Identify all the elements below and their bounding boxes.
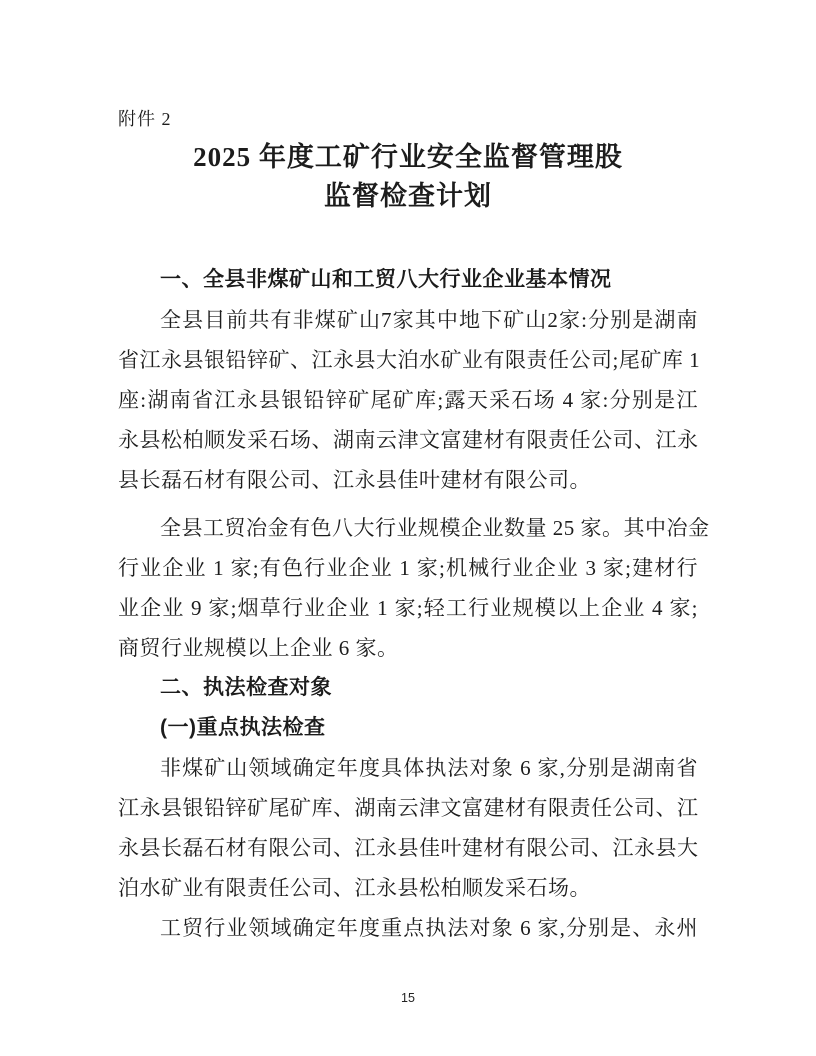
text-line: 行业企业 1 家;有色行业企业 1 家;机械行业企业 3 家;建材行 (118, 548, 698, 588)
document-page: 附件 2 2025 年度工矿行业安全监督管理股 监督检查计划 一、全县非煤矿山和… (0, 0, 816, 1056)
text-line: 县长磊石材有限公司、江永县佳叶建材有限公司。 (118, 460, 698, 500)
section-1-heading: 一、全县非煤矿山和工贸八大行业企业基本情况 (118, 260, 698, 300)
text-line: 永县松柏顺发采石场、湖南云津文富建材有限责任公司、江永 (118, 420, 698, 460)
attachment-label: 附件 2 (118, 106, 698, 132)
text-line: 非煤矿山领域确定年度具体执法对象 6 家,分别是湖南省 (118, 748, 698, 788)
section-2-heading: 二、执法检查对象 (118, 668, 698, 708)
text-line: 永县长磊石材有限公司、江永县佳叶建材有限公司、江永县大 (118, 828, 698, 868)
text-line: 座:湖南省江永县银铅锌矿尾矿库;露天采石场 4 家:分别是江 (118, 380, 698, 420)
text-line: 工贸行业领域确定年度重点执法对象 6 家,分别是、永州 (118, 908, 698, 948)
text-line: 全县目前共有非煤矿山7家其中地下矿山2家:分别是湖南 (118, 300, 698, 340)
text-line: 全县工贸冶金有色八大行业规模企业数量 25 家。其中冶金 (118, 508, 698, 548)
section-1-paragraph-2: 全县工贸冶金有色八大行业规模企业数量 25 家。其中冶金 行业企业 1 家;有色… (118, 508, 698, 668)
text-line: 商贸行业规模以上企业 6 家。 (118, 628, 698, 668)
text-line: 泊水矿业有限责任公司、江永县松柏顺发采石场。 (118, 868, 698, 908)
page-content: 附件 2 2025 年度工矿行业安全监督管理股 监督检查计划 一、全县非煤矿山和… (118, 0, 698, 948)
text-line: 业企业 9 家;烟草行业企业 1 家;轻工行业规模以上企业 4 家; (118, 588, 698, 628)
document-title-line-1: 2025 年度工矿行业安全监督管理股 (118, 138, 698, 177)
section-2-paragraph-1: 非煤矿山领域确定年度具体执法对象 6 家,分别是湖南省 江永县银铅锌矿尾矿库、湖… (118, 748, 698, 908)
document-title: 2025 年度工矿行业安全监督管理股 监督检查计划 (118, 138, 698, 216)
text-line: 江永县银铅锌矿尾矿库、湖南云津文富建材有限责任公司、江 (118, 788, 698, 828)
text-line: 省江永县银铅锌矿、江永县大泊水矿业有限责任公司;尾矿库 1 (118, 340, 698, 380)
page-number: 15 (0, 991, 816, 1005)
section-1-paragraph-1: 全县目前共有非煤矿山7家其中地下矿山2家:分别是湖南 省江永县银铅锌矿、江永县大… (118, 300, 698, 500)
document-title-line-2: 监督检查计划 (118, 177, 698, 216)
section-2-paragraph-2: 工贸行业领域确定年度重点执法对象 6 家,分别是、永州 (118, 908, 698, 948)
section-2-sub-heading: (一)重点执法检查 (118, 708, 698, 748)
